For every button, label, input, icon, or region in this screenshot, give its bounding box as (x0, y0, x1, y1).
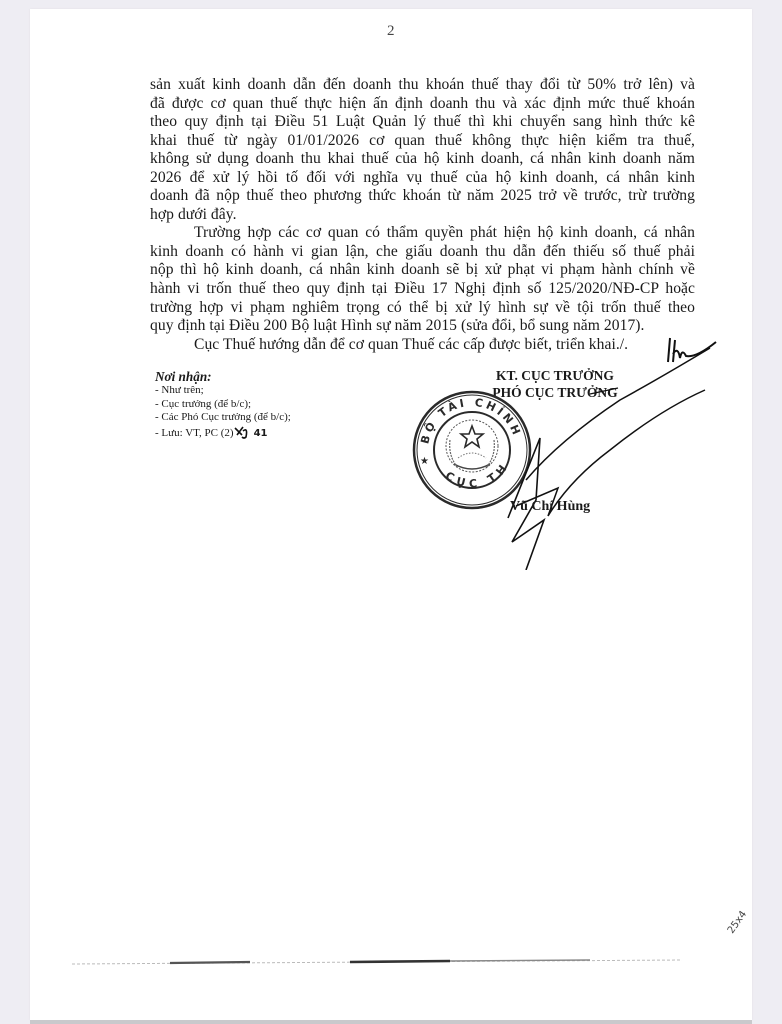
text-line: đã được cơ quan thuế thực hiện ấn định d… (150, 95, 695, 114)
signer-name: Vũ Chí Hùng (510, 499, 590, 515)
handwritten-scrawl-icon (234, 425, 254, 439)
page-number: 2 (387, 23, 395, 40)
recipient-item: - Cục trưởng (để b/c); (155, 398, 291, 412)
text-line: nộp thì hộ kinh doanh, cá nhân kinh doan… (150, 261, 695, 280)
document-body: sản xuất kinh doanh dẫn đến doanh thu kh… (150, 76, 695, 354)
recipient-item: - Lưu: VT, PC (2)41 (155, 425, 291, 441)
text-line: 2026 để xử lý hồi tố đối với nghĩa vụ th… (150, 169, 695, 188)
text-line: sản xuất kinh doanh dẫn đến doanh thu kh… (150, 76, 695, 95)
recipients-title: Nơi nhận: (155, 369, 291, 384)
text-line: hợp dưới đây. (150, 206, 695, 225)
text-line: Trường hợp các cơ quan có thẩm quyền phá… (150, 224, 695, 243)
recipient-item: - Các Phó Cục trưởng (để b/c); (155, 411, 291, 425)
body-paragraph: sản xuất kinh doanh dẫn đến doanh thu kh… (150, 76, 695, 224)
scan-smudge-line (70, 955, 690, 969)
text-line: khai thuế từ ngày 01/01/2026 cơ quan thu… (150, 132, 695, 151)
text-line: theo quy định tại Điều 51 Luật Quản lý t… (150, 113, 695, 132)
text-line: hành vi trốn thuế theo quy định tại Điều… (150, 280, 695, 299)
signature-icon (420, 330, 720, 570)
text-line: doanh đã nộp thuế theo phương thức khoán… (150, 187, 695, 206)
text-line: kinh doanh có hành vi gian lận, che giấu… (150, 243, 695, 262)
recipient-item: - Như trên; (155, 384, 291, 398)
handwritten-note: 41 (254, 428, 268, 439)
text-line: không sử dụng doanh thu khai thuế của hộ… (150, 150, 695, 169)
page-edge (30, 1020, 752, 1024)
recipients-block: Nơi nhận: - Như trên; - Cục trưởng (để b… (155, 369, 291, 440)
body-paragraph: Trường hợp các cơ quan có thẩm quyền phá… (150, 224, 695, 335)
recipient-archive-label: - Lưu: VT, PC (2) (155, 427, 234, 439)
text-line: trường hợp vi phạm nghiêm trọng có thể b… (150, 299, 695, 318)
